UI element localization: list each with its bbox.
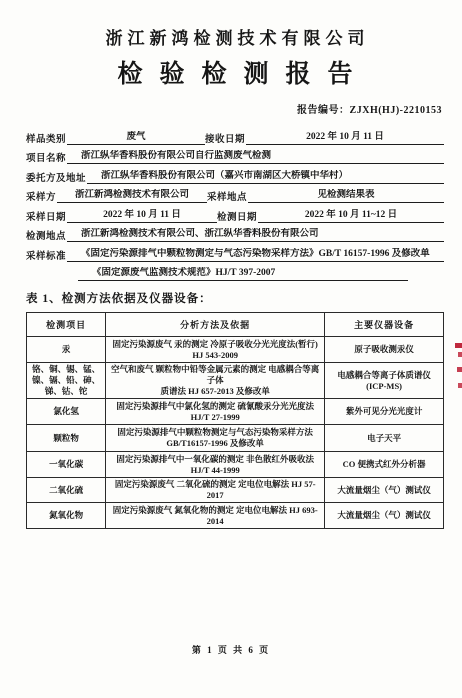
instrument-cell: 紫外可见分光光度计 <box>325 399 444 425</box>
method-line: 质谱法 HJ 657-2013 及修改单 <box>109 386 321 397</box>
receive-date-value: 2022 年 10 月 11 日 <box>246 131 444 145</box>
method-line: 固定污染源排气中颗粒物测定与气态污染物采样方法 <box>109 427 321 438</box>
field-line-standard-2: 《固定源废气监测技术规范》HJ/T 397-2007 <box>26 262 444 282</box>
table-row: 氮氧化物 固定污染源废气 氮氧化物的测定 定电位电解法 HJ 693-2014 … <box>27 503 444 529</box>
client-value: 浙江纵华香料股份有限公司（嘉兴市南湖区大桥镇中华村） <box>87 170 444 184</box>
field-line-standard-1: 采样标准 《固定污染源排气中颗粒物测定与气态污染物采样方法》GB/T 16157… <box>26 242 444 262</box>
table-row: 氯化氢 固定污染源排气中氯化氢的测定 硫氰酸汞分光光度法 HJ/T 27-199… <box>27 399 444 425</box>
method-cell: 固定污染源废气 二氧化硫的测定 定电位电解法 HJ 57-2017 <box>106 478 325 503</box>
instrument-cell: 电子天平 <box>325 425 444 452</box>
field-line-test-site: 检测地点 浙江新鸿检测技术有限公司、浙江纵华香料股份有限公司 <box>26 223 444 243</box>
col-header-method: 分析方法及依据 <box>106 313 325 337</box>
col-header-instrument: 主要仪器设备 <box>325 313 444 337</box>
report-title: 检验检测报告 <box>26 54 444 90</box>
standard-value-2: 《固定源废气监测技术规范》HJ/T 397-2007 <box>78 267 408 281</box>
table-row: 颗粒物 固定污染源排气中颗粒物测定与气态污染物采样方法 GB/T16157-19… <box>27 425 444 452</box>
sampler-value: 浙江新鸿检测技术有限公司 <box>57 189 207 203</box>
item-cell: 一氧化碳 <box>27 452 106 478</box>
method-line: 固定污染源废气 二氧化硫的测定 定电位电解法 HJ 57-2017 <box>109 479 321 501</box>
col-header-item: 检测项目 <box>27 313 106 337</box>
table-row: 一氧化碳 固定污染源排气中一氧化碳的测定 非色散红外吸收法 HJ/T 44-19… <box>27 452 444 478</box>
field-line-project: 项目名称 浙江纵华香料股份有限公司自行监测废气检测 <box>26 145 444 165</box>
instrument-cell: 原子吸收测汞仪 <box>325 337 444 363</box>
report-number: 报告编号：ZJXH(HJ)-2210153 <box>26 101 444 116</box>
item-cell: 二氧化硫 <box>27 478 106 503</box>
report-number-value: ZJXH(HJ)-2210153 <box>350 105 442 116</box>
method-cell: 固定污染源排气中一氧化碳的测定 非色散红外吸收法 HJ/T 44-1999 <box>106 452 325 478</box>
test-site-label: 检测地点 <box>26 228 67 242</box>
instrument-cell: CO 便携式红外分析器 <box>325 452 444 478</box>
method-cell: 固定污染源排气中颗粒物测定与气态污染物采样方法 GB/T16157-1996 及… <box>106 425 325 452</box>
project-value: 浙江纵华香料股份有限公司自行监测废气检测 <box>67 150 444 164</box>
item-cell: 汞 <box>27 337 106 363</box>
instrument-cell: 大流量烟尘（气）测试仪 <box>325 503 444 529</box>
field-line-client: 委托方及地址 浙江纵华香料股份有限公司（嘉兴市南湖区大桥镇中华村） <box>26 164 444 184</box>
method-cell: 固定污染源排气中氯化氢的测定 硫氰酸汞分光光度法 HJ/T 27-1999 <box>106 399 325 425</box>
page-footer: 第 1 页 共 6 页 <box>0 643 462 656</box>
method-line: HJ/T 44-1999 <box>109 465 321 476</box>
sampling-date-label: 采样日期 <box>26 209 67 223</box>
table-row: 铬、铜、锡、锰、镍、镉、铅、砷、锑、钴、铊 空气和废气 颗粒物中铅等金属元素的测… <box>27 363 444 399</box>
field-line-dates: 采样日期 2022 年 10 月 11 日 检测日期 2022 年 10 月 1… <box>26 203 444 223</box>
sampling-site-label: 采样地点 <box>207 189 248 203</box>
method-line: GB/T16157-1996 及修改单 <box>109 438 321 449</box>
company-name: 浙江新鸿检测技术有限公司 <box>26 24 444 49</box>
instrument-cell: 大流量烟尘（气）测试仪 <box>325 478 444 503</box>
method-line: 固定污染源排气中一氧化碳的测定 非色散红外吸收法 <box>109 454 321 465</box>
test-date-value: 2022 年 10 月 11~12 日 <box>258 209 444 223</box>
item-cell: 颗粒物 <box>27 425 106 452</box>
table1-caption: 表 1、检测方法依据及仪器设备： <box>26 290 444 306</box>
report-number-label: 报告编号： <box>297 105 350 116</box>
table-header-row: 检测项目 分析方法及依据 主要仪器设备 <box>27 313 444 337</box>
method-line: 空气和废气 颗粒物中铅等金属元素的测定 电感耦合等离子体 <box>109 364 321 386</box>
item-cell: 氮氧化物 <box>27 503 106 529</box>
table-row: 汞 固定污染源废气 汞的测定 冷原子吸收分光光度法(暂行) HJ 543-200… <box>27 337 444 363</box>
instrument-cell: 电感耦合等离子体质谱仪(ICP-MS) <box>325 363 444 399</box>
edge-seal-fragment <box>458 383 462 388</box>
method-line: HJ/T 27-1999 <box>109 412 321 423</box>
header-fields: 样品类别 废气 接收日期 2022 年 10 月 11 日 项目名称 浙江纵华香… <box>26 125 444 281</box>
test-site-value: 浙江新鸿检测技术有限公司、浙江纵华香料股份有限公司 <box>67 228 444 242</box>
edge-seal-fragment <box>455 343 462 348</box>
edge-seal-fragment <box>457 367 462 372</box>
method-cell: 空气和废气 颗粒物中铅等金属元素的测定 电感耦合等离子体 质谱法 HJ 657-… <box>106 363 325 399</box>
report-page: 浙江新鸿检测技术有限公司 检验检测报告 报告编号：ZJXH(HJ)-221015… <box>0 0 462 698</box>
method-cell: 固定污染源废气 汞的测定 冷原子吸收分光光度法(暂行) HJ 543-2009 <box>106 337 325 363</box>
methods-table: 检测项目 分析方法及依据 主要仪器设备 汞 固定污染源废气 汞的测定 冷原子吸收… <box>26 312 444 529</box>
standard-value-1: 《固定污染源排气中颗粒物测定与气态污染物采样方法》GB/T 16157-1996… <box>67 248 444 262</box>
item-cell: 氯化氢 <box>27 399 106 425</box>
sampler-label: 采样方 <box>26 189 57 203</box>
method-line: HJ 543-2009 <box>109 350 321 361</box>
method-cell: 固定污染源废气 氮氧化物的测定 定电位电解法 HJ 693-2014 <box>106 503 325 529</box>
receive-date-label: 接收日期 <box>205 131 246 145</box>
method-line: 固定污染源废气 汞的测定 冷原子吸收分光光度法(暂行) <box>109 339 321 350</box>
sample-type-value: 废气 <box>67 131 205 145</box>
project-label: 项目名称 <box>26 150 67 164</box>
field-line-sampler: 采样方 浙江新鸿检测技术有限公司 采样地点 见检测结果表 <box>26 184 444 204</box>
table-row: 二氧化硫 固定污染源废气 二氧化硫的测定 定电位电解法 HJ 57-2017 大… <box>27 478 444 503</box>
standard-label: 采样标准 <box>26 248 67 262</box>
method-line: 固定污染源废气 氮氧化物的测定 定电位电解法 HJ 693-2014 <box>109 505 321 527</box>
field-line-sample-type: 样品类别 废气 接收日期 2022 年 10 月 11 日 <box>26 125 444 145</box>
sampling-date-value: 2022 年 10 月 11 日 <box>67 209 217 223</box>
edge-seal-fragment <box>458 352 462 357</box>
item-cell: 铬、铜、锡、锰、镍、镉、铅、砷、锑、钴、铊 <box>27 363 106 399</box>
test-date-label: 检测日期 <box>217 209 258 223</box>
client-label: 委托方及地址 <box>26 170 87 184</box>
sample-type-label: 样品类别 <box>26 131 67 145</box>
method-line: 固定污染源排气中氯化氢的测定 硫氰酸汞分光光度法 <box>109 401 321 412</box>
sampling-site-value: 见检测结果表 <box>248 189 444 203</box>
